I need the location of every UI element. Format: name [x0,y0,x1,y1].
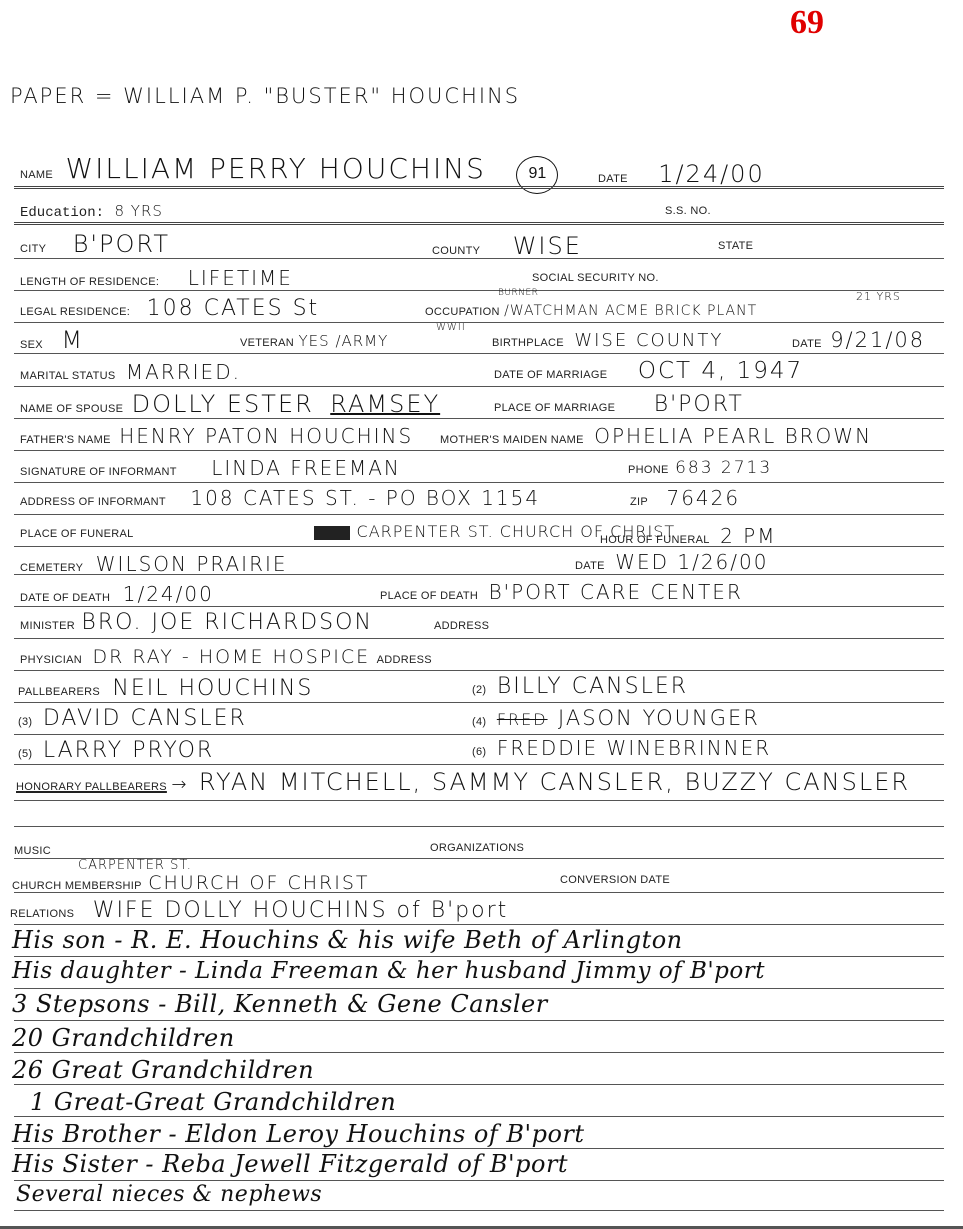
county-value: WISE [513,232,582,260]
divider [14,956,944,957]
date-value: 1/24/00 [658,160,765,188]
pallbearer-num: (3) [18,716,32,728]
pallbearer-name: JASON YOUNGER [558,706,760,730]
birthplace-value: WISE COUNTY [574,330,723,351]
physician-address-label: ADDRESS [377,654,432,666]
arrow-icon: → [171,774,188,795]
name-value: WILLIAM PERRY HOUCHINS [65,152,485,185]
relation-line: His son - R. E. Houchins & his wife Beth… [12,926,683,954]
divider [14,1180,944,1181]
church-membership-value: CHURCH OF CHRIST [148,872,369,894]
social-security-no-label: SOCIAL SECURITY NO. [532,272,659,284]
veteran-value: YES /ARMY [299,332,389,350]
minister-label: MINISTER [20,620,75,632]
physician-field: PHYSICIAN DR RAY - HOME HOSPICE ADDRESS [20,646,432,668]
birthplace-field: BIRTHPLACE WISE COUNTY [492,330,723,351]
length-of-residence-field: LENGTH OF RESIDENCE: LIFETIME [20,266,293,290]
zip-label: ZIP [630,496,648,508]
ss-no-label: S.S. NO. [665,205,711,217]
divider [14,186,944,189]
phone-value: 683 2713 [675,458,772,478]
education-label: Education: [20,205,104,221]
pallbearer-num: (5) [18,748,32,760]
signature-of-informant-value: LINDA FREEMAN [211,456,401,480]
divider [14,670,944,671]
pallbearer-1: PALLBEARERS NEIL HOUCHINS [18,676,313,701]
occupation-above: BURNER [498,288,538,298]
cemetery-field: CEMETERY WILSON PRAIRIE [20,552,288,576]
pallbearer-num: (4) [472,716,486,728]
divider [14,1084,944,1085]
education-field: Education: 8 YRS [20,202,163,221]
relations-label: RELATIONS [10,908,74,920]
relation-line: 1 Great-Great Grandchildren [30,1088,396,1116]
fathers-name-label: FATHER'S NAME [20,434,111,446]
relation-line: His daughter - Linda Freeman & her husba… [12,958,765,984]
divider [14,988,944,989]
divider [14,826,944,827]
divider [14,222,944,225]
spouse-maiden-value: RAMSEY [330,390,440,418]
pallbearer-name: BILLY CANSLER [497,674,688,699]
relation-line: 26 Great Grandchildren [12,1056,314,1084]
date-label: DATE [598,173,628,185]
hour-of-funeral-value: 2 PM [720,524,776,548]
pallbearer-num: (2) [472,684,486,696]
city-field: CITY B'PORT [20,230,170,258]
county-field: COUNTY WISE [432,232,582,260]
veteran-field: VETERAN YES /ARMY [240,332,388,351]
occupation-field: OCCUPATION /WATCHMAN ACME BRICK PLANT [425,302,757,320]
marital-status-label: MARITAL STATUS [20,370,115,382]
place-of-funeral-label: PLACE OF FUNERAL [20,528,134,540]
church-membership-above: CARPENTER ST. [78,858,192,873]
pallbearer-name: NEIL HOUCHINS [112,676,313,701]
honorary-pallbearers-field: HONORARY PALLBEARERS → RYAN MITCHELL, SA… [16,768,910,796]
phone-label: PHONE [628,464,669,476]
pallbearer-5: (5) LARRY PRYOR [18,738,214,763]
birth-date-value: 9/21/08 [830,328,925,352]
pallbearers-label: PALLBEARERS [18,686,100,698]
cemetery-date-value: WED 1/26/00 [615,550,768,574]
relation-line: 20 Grandchildren [12,1024,235,1052]
marital-status-value: MARRIED. [126,360,241,384]
pallbearer-num: (6) [472,746,486,758]
relation-line: Several nieces & nephews [16,1182,322,1207]
divider [14,702,944,703]
cemetery-date-label: DATE [575,560,605,572]
legal-residence-field: LEGAL RESIDENCE: 108 CATES St [20,296,319,321]
legal-residence-value: 108 CATES St [147,296,320,321]
pallbearer-2: (2) BILLY CANSLER [472,674,688,699]
zip-value: 76426 [666,486,740,510]
relation-line: His Brother - Eldon Leroy Houchins of B'… [12,1120,585,1148]
marital-status-field: MARITAL STATUS MARRIED. [20,360,241,384]
date-of-death-field: DATE OF DEATH 1/24/00 [20,582,214,606]
veteran-note: WWII [436,322,466,333]
divider [14,606,944,607]
hour-of-funeral-label: HOUR OF FUNERAL [600,534,710,546]
cemetery-date-field: DATE WED 1/26/00 [575,550,768,574]
birthplace-label: BIRTHPLACE [492,337,564,349]
relation-line: 3 Stepsons - Bill, Kenneth & Gene Cansle… [12,990,548,1018]
minister-address-label: ADDRESS [434,620,489,632]
city-value: B'PORT [73,230,170,258]
occupation-label: OCCUPATION [425,306,500,318]
place-of-funeral-field: PLACE OF FUNERAL CARPENTER ST. CHURCH OF… [20,522,675,542]
minister-field: MINISTER BRO. JOE RICHARDSON [20,610,373,635]
fathers-name-field: FATHER'S NAME HENRY PATON HOUCHINS [20,424,413,448]
divider [14,574,944,575]
honorary-pallbearers-label: HONORARY PALLBEARERS [16,781,167,793]
divider [14,258,944,259]
county-label: COUNTY [432,245,480,257]
signature-of-informant-label: SIGNATURE OF INFORMANT [20,466,177,478]
date-of-death-label: DATE OF DEATH [20,592,110,604]
divider [14,482,944,483]
length-of-residence-value: LIFETIME [188,266,293,290]
phone-field: PHONE 683 2713 [628,458,772,478]
place-of-death-label: PLACE OF DEATH [380,590,478,602]
city-label: CITY [20,243,46,255]
date-of-marriage-field: DATE OF MARRIAGE OCT 4, 1947 [494,358,803,384]
pallbearer-name: DAVID CANSLER [43,706,247,731]
pallbearer-name: LARRY PRYOR [43,738,214,763]
veteran-label: VETERAN [240,337,294,349]
date-of-marriage-label: DATE OF MARRIAGE [494,369,607,381]
relations-first-line: WIFE DOLLY HOUCHINS of B'port [93,898,509,923]
fathers-name-value: HENRY PATON HOUCHINS [119,424,413,448]
divider [14,892,944,893]
sex-field: SEX M [20,326,84,354]
church-membership-field: CHURCH MEMBERSHIP CHURCH OF CHRIST [12,872,370,894]
paper-note: PAPER = WILLIAM P. "BUSTER" HOUCHINS [10,84,520,108]
divider [14,1210,944,1211]
divider [14,1148,944,1149]
organizations-label: ORGANIZATIONS [430,842,524,854]
minister-value: BRO. JOE RICHARDSON [81,610,373,635]
occupation-years: 21 YRS [856,290,901,303]
divider [14,764,944,765]
music-label: MUSIC [14,845,51,857]
physician-value: DR RAY - HOME HOSPICE [92,646,370,668]
divider [14,734,944,735]
zip-field: ZIP 76426 [630,486,740,510]
cemetery-value: WILSON PRAIRIE [96,552,288,576]
divider [14,290,944,291]
divider [14,514,944,515]
education-value: 8 YRS [114,202,162,220]
place-of-marriage-label: PLACE OF MARRIAGE [494,402,615,414]
relations-field: RELATIONS WIFE DOLLY HOUCHINS of B'port [10,898,508,923]
address-of-informant-label: ADDRESS OF INFORMANT [20,496,166,508]
divider [14,924,944,925]
occupation-value: /WATCHMAN ACME BRICK PLANT [504,303,757,319]
date-field: DATE 1/24/00 [598,160,765,188]
place-of-death-field: PLACE OF DEATH B'PORT CARE CENTER [380,580,743,604]
signature-of-informant-field: SIGNATURE OF INFORMANT LINDA FREEMAN [20,456,401,480]
divider [14,800,944,801]
address-of-informant-value: 108 CATES ST. - PO BOX 1154 [190,486,540,510]
pallbearer-struck-name: FRED [497,710,548,729]
divider [14,418,944,419]
sex-value: M [61,326,84,354]
divider [14,450,944,451]
state-label: STATE [718,240,753,252]
mothers-maiden-name-value: OPHELIA PEARL BROWN [594,424,872,448]
divider [14,546,944,547]
cemetery-label: CEMETERY [20,562,83,574]
length-of-residence-label: LENGTH OF RESIDENCE: [20,276,159,288]
pallbearer-3: (3) DAVID CANSLER [18,706,247,731]
divider [14,386,944,387]
date-of-marriage-value: OCT 4, 1947 [638,358,803,384]
divider [14,322,944,323]
spouse-first-value: DOLLY ESTER [132,390,314,418]
pallbearer-name: FREDDIE WINEBRINNER [497,736,771,760]
place-of-marriage-value: B'PORT [654,392,744,417]
birth-date-label: DATE [792,338,822,350]
redacted-mark [314,526,350,540]
name-label: NAME [20,169,53,181]
divider [14,1052,944,1053]
place-of-marriage-field: PLACE OF MARRIAGE B'PORT [494,392,744,417]
divider [14,638,944,639]
relation-line: His Sister - Reba Jewell Fitzgerald of B… [12,1150,568,1178]
honorary-pallbearers-value: RYAN MITCHELL, SAMMY CANSLER, BUZZY CANS… [199,768,910,796]
place-of-death-value: B'PORT CARE CENTER [489,580,743,604]
divider [14,1116,944,1117]
address-of-informant-field: ADDRESS OF INFORMANT 108 CATES ST. - PO … [20,486,540,510]
pallbearer-6: (6) FREDDIE WINEBRINNER [472,736,771,760]
page-number: 69 [790,4,824,42]
legal-residence-label: LEGAL RESIDENCE: [20,306,130,318]
sex-label: SEX [20,339,43,351]
physician-label: PHYSICIAN [20,654,82,666]
date-of-death-value: 1/24/00 [123,582,214,606]
conversion-date-label: CONVERSION DATE [560,874,670,886]
church-membership-label: CHURCH MEMBERSHIP [12,880,142,892]
pallbearer-4: (4) FRED JASON YOUNGER [472,706,760,730]
mothers-maiden-name-label: MOTHER'S MAIDEN NAME [440,434,584,446]
spouse-field: NAME OF SPOUSE DOLLY ESTER RAMSEY [20,390,440,418]
divider [14,353,944,354]
mothers-maiden-name-field: MOTHER'S MAIDEN NAME OPHELIA PEARL BROWN [440,424,872,448]
spouse-label: NAME OF SPOUSE [20,403,123,415]
hour-of-funeral-field: HOUR OF FUNERAL 2 PM [600,524,776,548]
birth-date-field: DATE 9/21/08 [792,328,925,352]
divider [14,1020,944,1021]
